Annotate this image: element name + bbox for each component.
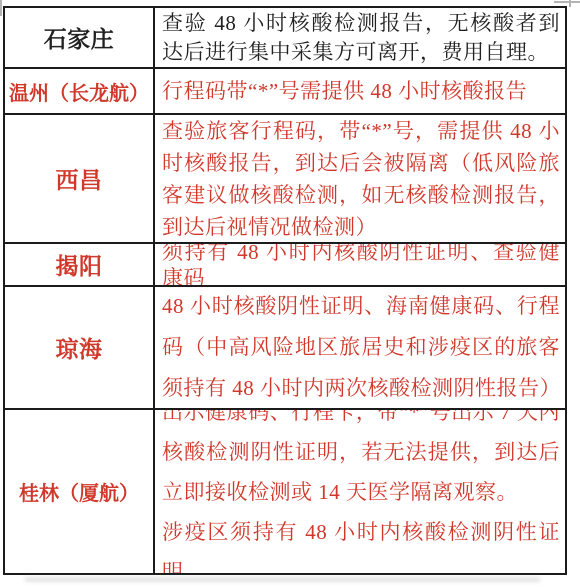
requirement-cell-wenzhou: 行程码带“*”号需提供 48 小时核酸报告 [155, 69, 565, 113]
requirement-text: 行程码带“*”号需提供 48 小时核酸报告 [162, 78, 560, 104]
cropped-border-remnant-top-right-vertical [569, 0, 571, 7]
city-cell-xichang: 西昌 [5, 115, 155, 242]
cropped-border-remnant-top-left [0, 0, 2, 16]
cropped-shadow-remnant-bottom [25, 578, 540, 581]
table-row-xichang: 西昌 查验旅客行程码，带“*”号，需提供 48 小时核酸报告，到达后会被隔离（低… [5, 115, 565, 244]
table-row-wenzhou: 温州（长龙航） 行程码带“*”号需提供 48 小时核酸报告 [5, 69, 565, 115]
table-row-shijiazhuang: 石家庄 查验 48 小时核酸检测报告，无核酸者到达后进行集中采集方可离开，费用自… [5, 8, 565, 69]
requirement-cell-xichang: 查验旅客行程码，带“*”号，需提供 48 小时核酸报告，到达后会被隔离（低风险旅… [155, 115, 565, 242]
requirement-text: 48 小时核酸阴性证明、海南健康码、行程码（中高风险地区旅居史和涉疫区的旅客须持… [162, 287, 560, 408]
requirement-cell-shijiazhuang: 查验 48 小时核酸检测报告，无核酸者到达后进行集中采集方可离开，费用自理。 [155, 8, 565, 67]
requirement-text: 查验 48 小时核酸检测报告，无核酸者到达后进行集中采集方可离开，费用自理。 [162, 9, 560, 67]
table-row-guilin: 桂林（厦航） 出示健康码、行程卡，带“*”号出示 7 天内核酸检测阴性证明，若无… [5, 410, 565, 573]
covid-test-requirements-table: 石家庄 查验 48 小时核酸检测报告，无核酸者到达后进行集中采集方可离开，费用自… [3, 6, 567, 575]
cropped-border-remnant-top-right-horizontal [554, 1, 580, 3]
city-cell-wenzhou: 温州（长龙航） [5, 69, 155, 113]
table-row-jieyang: 揭阳 须持有 48 小时内核酸阴性证明、查验健康码 [5, 244, 565, 287]
requirement-text: 查验旅客行程码，带“*”号，需提供 48 小时核酸报告，到达后会被隔离（低风险旅… [162, 115, 560, 242]
city-cell-guilin: 桂林（厦航） [5, 410, 155, 573]
requirement-text: 涉疫区须持有 48 小时内核酸检测阴性证明。 [162, 512, 560, 574]
requirement-text: 出示健康码、行程卡，带“*”号出示 7 天内核酸检测阴性证明，若无法提供，到达后… [162, 410, 560, 512]
requirement-cell-guilin: 出示健康码、行程卡，带“*”号出示 7 天内核酸检测阴性证明，若无法提供，到达后… [155, 410, 565, 573]
table-row-qionghai: 琼海 48 小时核酸阴性证明、海南健康码、行程码（中高风险地区旅居史和涉疫区的旅… [5, 287, 565, 410]
city-cell-shijiazhuang: 石家庄 [5, 8, 155, 67]
requirement-cell-jieyang: 须持有 48 小时内核酸阴性证明、查验健康码 [155, 244, 565, 285]
requirement-text: 须持有 48 小时内核酸阴性证明、查验健康码 [162, 244, 560, 285]
city-cell-jieyang: 揭阳 [5, 244, 155, 285]
city-cell-qionghai: 琼海 [5, 287, 155, 408]
requirement-cell-qionghai: 48 小时核酸阴性证明、海南健康码、行程码（中高风险地区旅居史和涉疫区的旅客须持… [155, 287, 565, 408]
